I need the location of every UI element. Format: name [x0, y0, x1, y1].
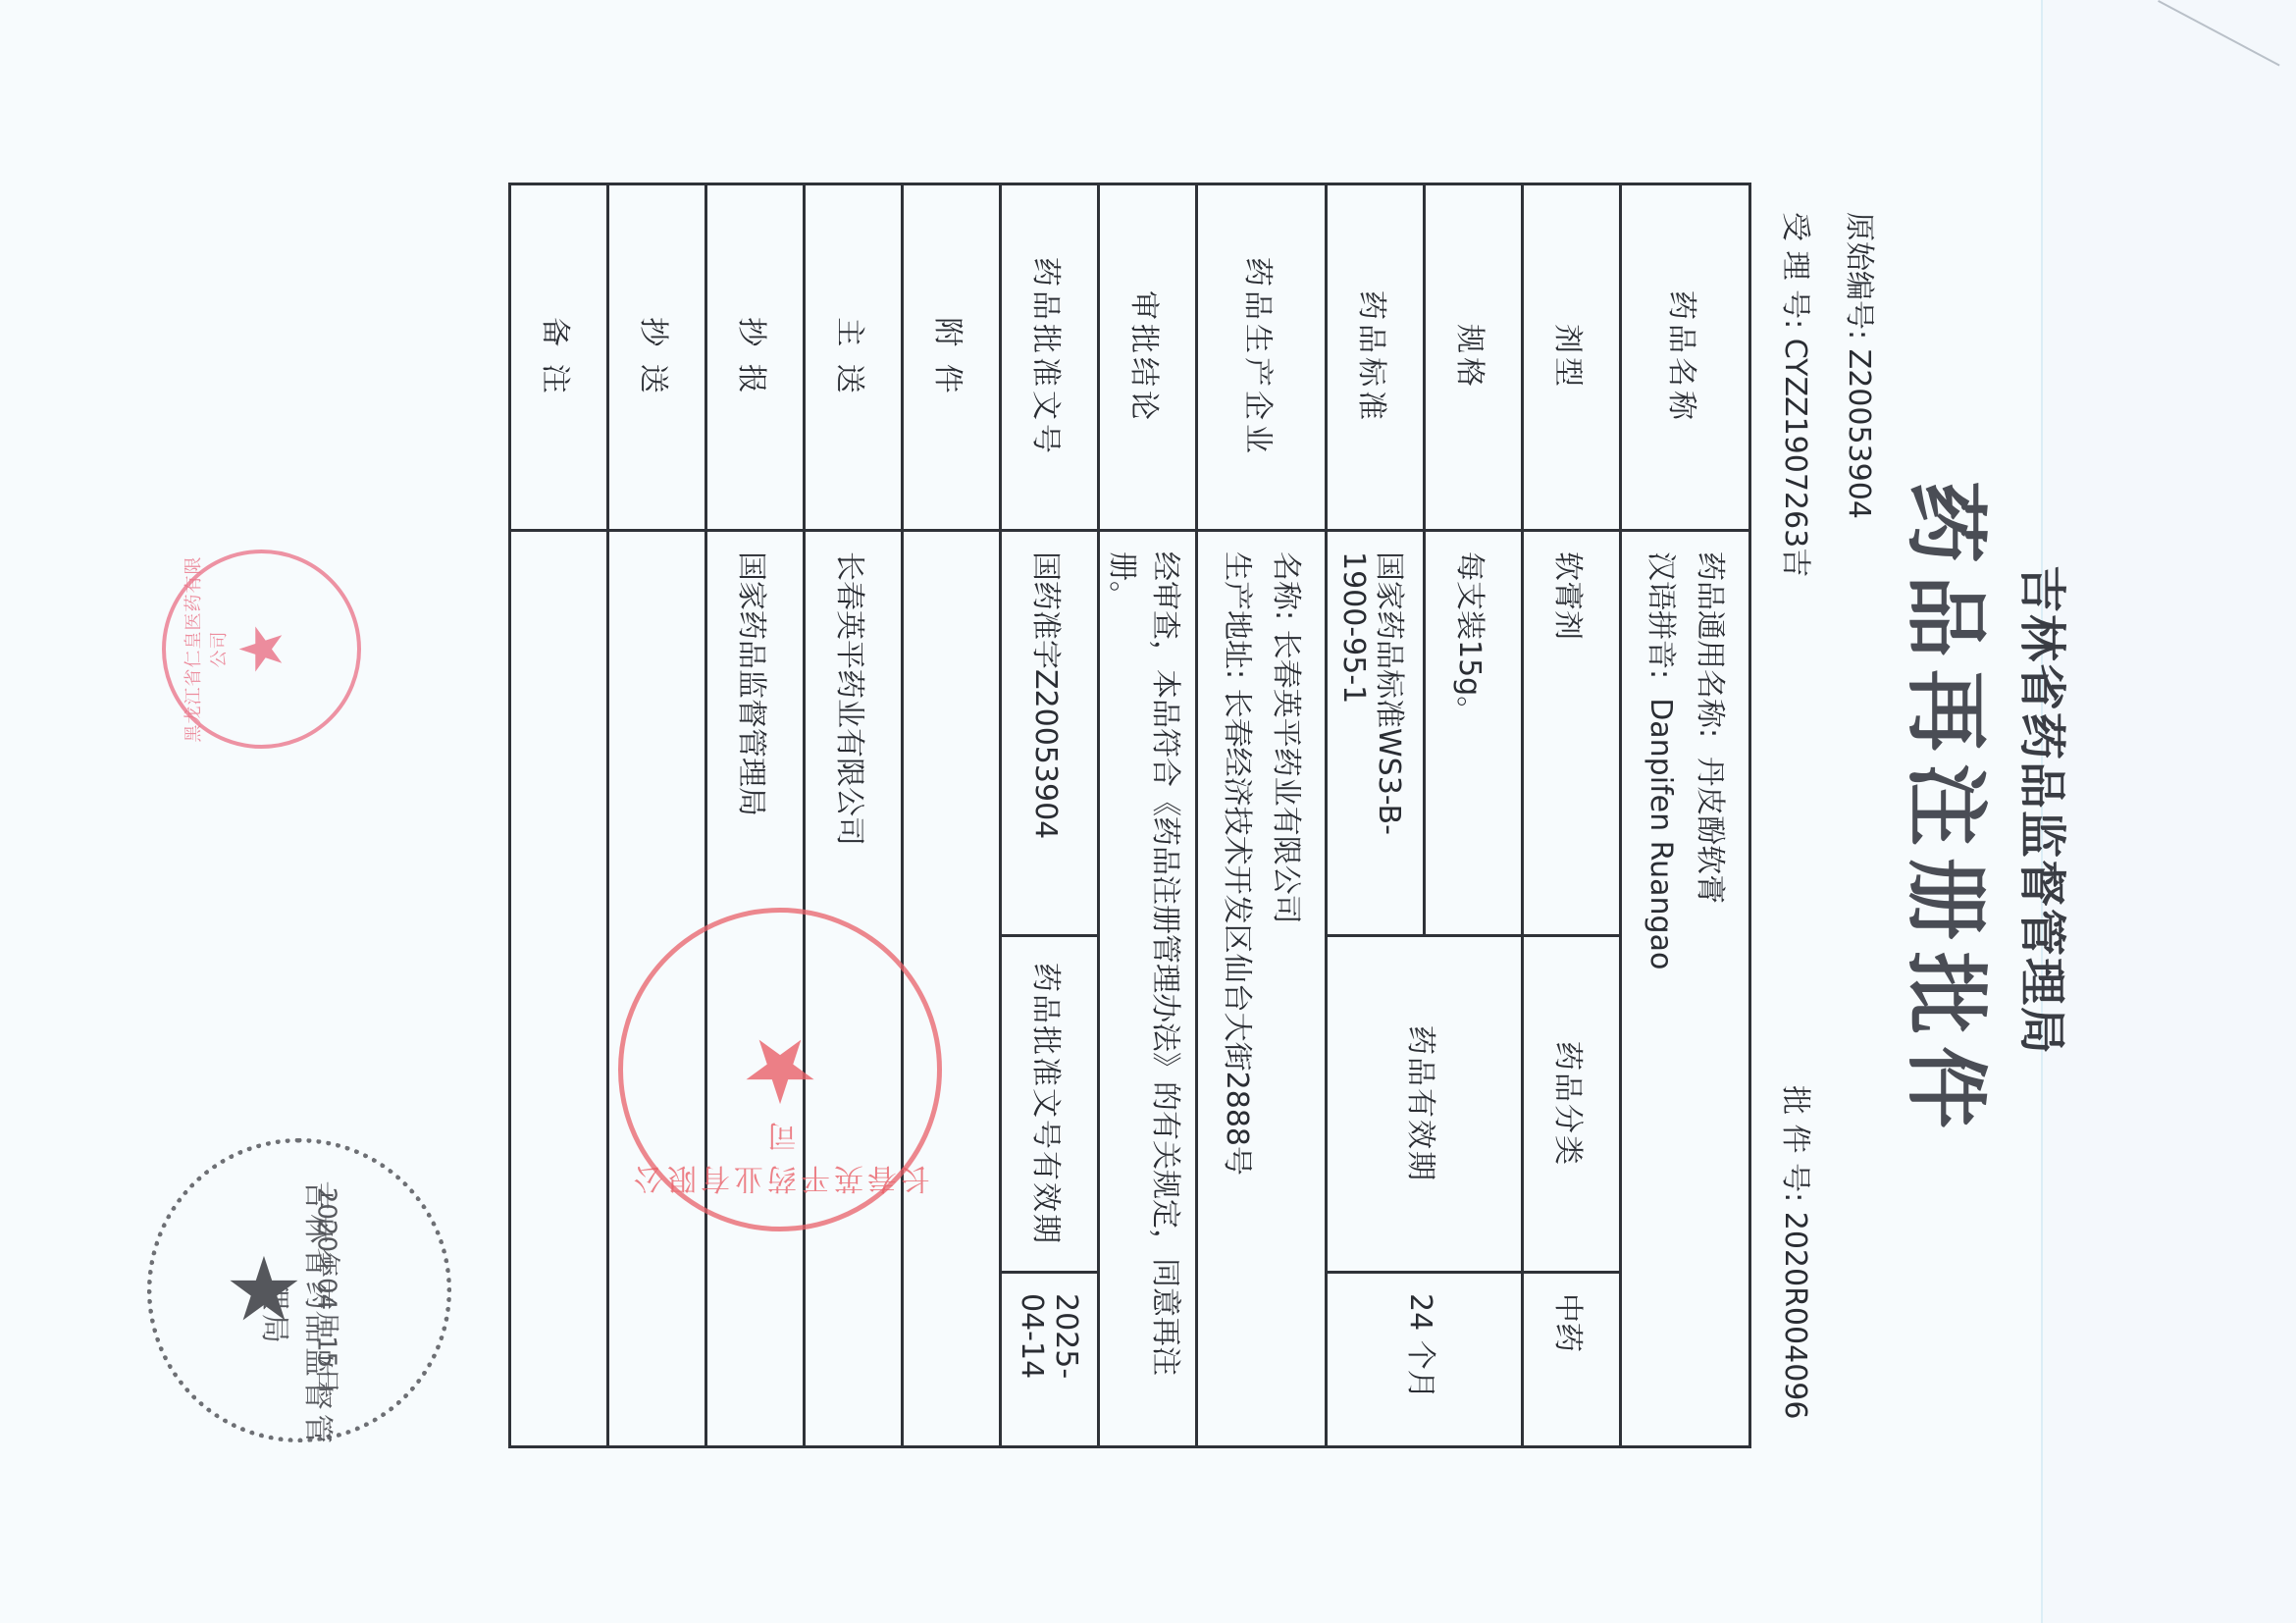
- row-conclusion: 审批结论 经审查，本品符合《药品注册管理办法》的有关规定，同意再注册。: [1099, 184, 1197, 1447]
- row-dosage-form: 剂型 软膏剂 药品分类 中药: [1523, 184, 1621, 1447]
- category-label: 药品分类: [1523, 936, 1621, 1273]
- manufacturer-name-value: 长春英平药业有限公司: [1270, 630, 1304, 924]
- company-seal-text: 长春英平药业有限公司: [623, 1117, 937, 1203]
- acceptance-number-label: 受 理 号:: [1778, 212, 1812, 329]
- approval-number-label: 批 件 号:: [1778, 1085, 1812, 1202]
- category-value: 中药: [1523, 1273, 1621, 1447]
- standard-label: 药品标准: [1327, 184, 1425, 531]
- row-main-recipient: 主 送 长春英平药业有限公司: [805, 184, 903, 1447]
- manufacturer-address-label: 生产地址:: [1221, 551, 1255, 679]
- manufacturer-label: 药品生产企业: [1197, 184, 1327, 531]
- attachment-label: 附 件: [903, 184, 1001, 531]
- manufacturer-address-value: 长春经济技术开发区仙台大街2888号: [1221, 689, 1255, 1176]
- validity-label: 药品有效期: [1327, 936, 1523, 1273]
- remarks-value: [510, 531, 608, 1447]
- generic-name-value: 丹皮酚软膏: [1694, 757, 1728, 904]
- approval-form-table: 药品名称 药品通用名称: 丹皮酚软膏 汉语拼音: Danpifen Ruanga…: [508, 183, 1751, 1448]
- original-number: 原始编号: Z20053904: [1841, 212, 1884, 519]
- star-icon: ★: [233, 623, 291, 676]
- conclusion-label: 审批结论: [1099, 184, 1197, 531]
- row-cc: 抄 送: [608, 184, 706, 1447]
- original-number-value: Z20053904: [1842, 349, 1876, 519]
- acceptance-number-value: CYZZ1907263吉: [1778, 339, 1812, 577]
- report-to-label: 抄 报: [706, 184, 805, 531]
- document-title: 药品再注册批件: [1893, 84, 2011, 1537]
- issuing-agency: 吉林省药品监督管理局: [2012, 84, 2080, 1537]
- main-recipient-label: 主 送: [805, 184, 903, 531]
- row-spec: 规格 每支装15g。 药品有效期 24 个月: [1425, 184, 1523, 1447]
- acceptance-number: 受 理 号: CYZZ1907263吉: [1777, 212, 1820, 577]
- approval-number-value: 2020R004096: [1778, 1212, 1812, 1420]
- approval-doc-label: 药品批准文号: [1001, 184, 1099, 531]
- standard-value: 国家药品标准WS3-B-1900-95-1: [1327, 531, 1425, 936]
- pinyin-label: 汉语拼音:: [1644, 551, 1679, 679]
- original-number-label: 原始编号:: [1842, 212, 1876, 340]
- cc-label: 抄 送: [608, 184, 706, 531]
- drug-name-label: 药品名称: [1621, 184, 1750, 531]
- spec-label: 规格: [1425, 184, 1523, 531]
- approval-number: 批 件 号: 2020R004096: [1777, 1085, 1820, 1419]
- validity-value: 24 个月: [1327, 1273, 1523, 1447]
- row-approval-doc: 药品批准文号 国药准字Z20053904 药品批准文号有效期 2025-04-1…: [1001, 184, 1099, 1447]
- conclusion-value: 经审查，本品符合《药品注册管理办法》的有关规定，同意再注册。: [1099, 531, 1197, 1447]
- drug-name-cell: 药品通用名称: 丹皮酚软膏 汉语拼音: Danpifen Ruangao: [1621, 531, 1750, 1447]
- generic-name-label: 药品通用名称:: [1694, 551, 1728, 738]
- remarks-label: 备 注: [510, 184, 608, 531]
- manufacturer-name-label: 名称:: [1270, 551, 1304, 620]
- row-manufacturer: 药品生产企业 名称: 长春英平药业有限公司 生产地址: 长春经济技术开发区仙台大…: [1197, 184, 1327, 1447]
- approval-doc-value: 国药准字Z20053904: [1001, 531, 1099, 936]
- dosage-form-value: 软膏剂: [1523, 531, 1621, 936]
- row-remarks: 备 注: [510, 184, 608, 1447]
- agency-seal: 吉林省药品监督管理局 ★ 2020年04月15日: [147, 1138, 451, 1442]
- row-report-to: 抄 报 国家药品监督管理局: [706, 184, 805, 1447]
- star-icon: ★: [225, 1246, 304, 1335]
- dosage-form-label: 剂型: [1523, 184, 1621, 531]
- spec-value: 每支装15g。: [1425, 531, 1523, 936]
- row-drug-name: 药品名称 药品通用名称: 丹皮酚软膏 汉语拼音: Danpifen Ruanga…: [1621, 184, 1750, 1447]
- agency-seal-date: 2020年04月15日: [311, 1173, 347, 1408]
- company-seal: 长春英平药业有限公司 ★: [618, 908, 942, 1231]
- hospital-seal-text: 黑龙江省仁皇医药有限公司: [180, 553, 231, 745]
- hospital-seal: 黑龙江省仁皇医药有限公司 ★: [162, 550, 361, 749]
- pinyin-value: Danpifen Ruangao: [1644, 698, 1679, 969]
- manufacturer-cell: 名称: 长春英平药业有限公司 生产地址: 长春经济技术开发区仙台大街2888号: [1197, 531, 1327, 1447]
- approval-doc-validity-label: 药品批准文号有效期: [1001, 936, 1099, 1273]
- star-icon: ★: [741, 1025, 820, 1114]
- row-attachment: 附 件: [903, 184, 1001, 1447]
- approval-doc-validity-value: 2025-04-14: [1001, 1273, 1099, 1447]
